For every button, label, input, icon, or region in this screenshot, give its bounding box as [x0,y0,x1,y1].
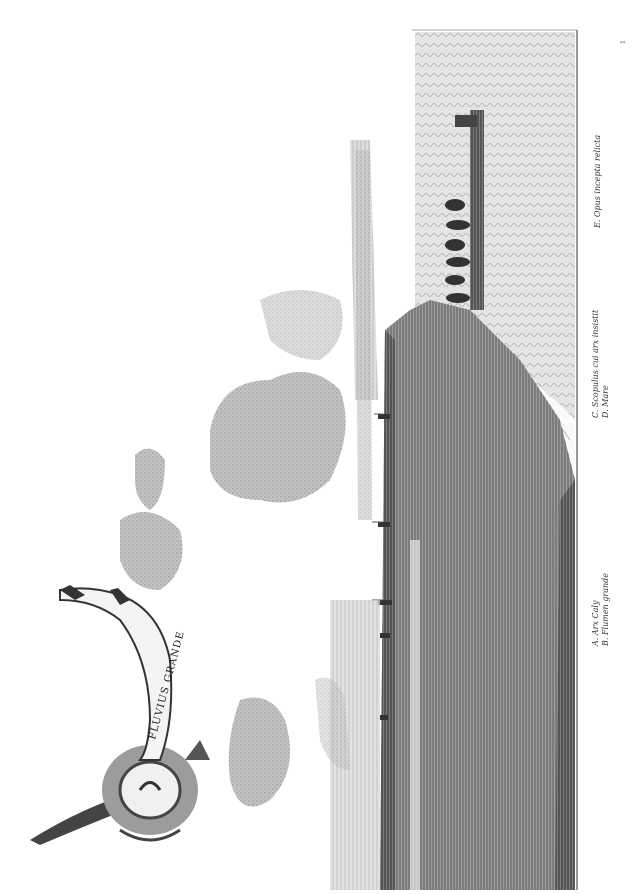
river [330,140,380,890]
legend-item-b: B. Flumen grande [601,573,610,646]
cartouche-with-winged-head [30,740,210,845]
ribbon-banner: FLUVIUS GRANDE [60,585,187,760]
engraving-plate: FLUVIUS GRANDE [0,0,641,894]
legend-item-c: C. Scopulus cui arx insistit [591,310,600,418]
legend-item-e: E. Opus incepta relicta [593,135,602,228]
legend-item-d: D. Mare [601,385,610,418]
legend-item-a: A. Arx Caly [591,601,600,647]
page-number: 1 [620,40,627,44]
